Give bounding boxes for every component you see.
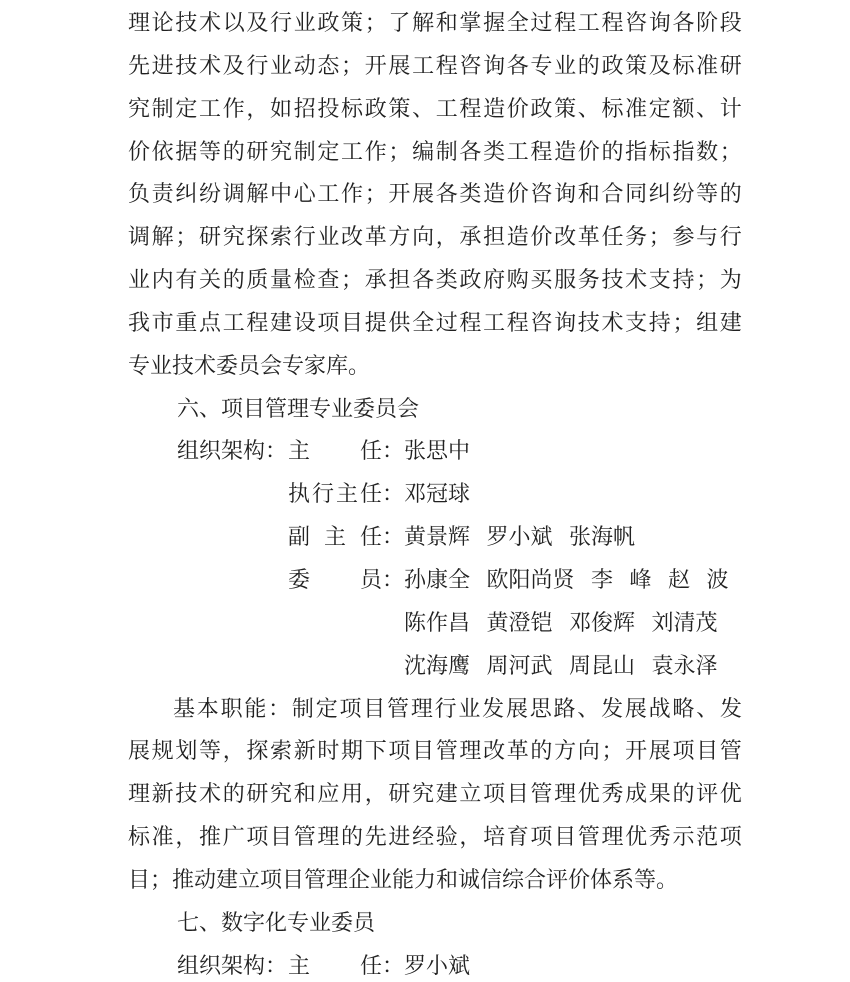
character: 态 <box>317 45 339 88</box>
character: 业 <box>294 2 316 45</box>
character: 战 <box>649 688 671 731</box>
character: 阶 <box>696 2 718 45</box>
character: 指 <box>625 131 647 174</box>
character: 购 <box>507 259 529 302</box>
roster-names: 罗小斌 <box>404 945 470 982</box>
character: 策 <box>341 2 363 45</box>
character: 支 <box>625 302 647 345</box>
character: 标 <box>649 131 671 174</box>
character: 革 <box>507 730 529 773</box>
character: 组 <box>696 302 718 345</box>
character: 同 <box>625 173 647 216</box>
character: 程 <box>246 302 268 345</box>
character: 广 <box>223 816 245 859</box>
character: 研 <box>246 773 268 816</box>
character: 究 <box>270 773 292 816</box>
character: 价 <box>128 131 150 174</box>
character: 各 <box>507 45 529 88</box>
character: 术 <box>199 45 221 88</box>
character: 任 <box>601 216 623 259</box>
character: 管 <box>387 688 409 731</box>
character: 行 <box>294 216 316 259</box>
character: ； <box>720 131 742 174</box>
character: 优 <box>625 816 647 859</box>
character: 工 <box>341 131 363 174</box>
character: 为 <box>720 259 742 302</box>
roster-line: 副主任：黄景辉 罗小斌 张海帆 <box>128 516 742 559</box>
roster-label: 组织架构： <box>128 945 288 982</box>
character: ； <box>696 259 718 302</box>
character: 副 <box>288 516 310 559</box>
roster-names: 张思中 <box>404 430 470 473</box>
character: 程 <box>436 45 458 88</box>
character: 行 <box>246 45 268 88</box>
character: 向 <box>412 216 434 259</box>
character: 的 <box>341 816 363 859</box>
character: 准 <box>152 816 174 859</box>
roster-role: 委员 <box>288 559 382 602</box>
character: 理 <box>411 688 433 731</box>
character: 业 <box>270 45 292 88</box>
roster-names: 邓冠球 <box>404 473 470 516</box>
character: 发 <box>720 688 742 731</box>
character: 建 <box>720 302 742 345</box>
character: 程 <box>459 88 481 131</box>
roster-line: 执行主任：邓冠球 <box>128 473 742 516</box>
character: 究 <box>412 773 434 816</box>
body-line-justified: 我市重点工程建设项目提供全过程工程咨询技术支持；组建 <box>128 302 742 345</box>
character: 招 <box>294 88 316 131</box>
character: 的 <box>672 773 694 816</box>
character: 责 <box>152 173 174 216</box>
character: 展 <box>506 688 528 731</box>
character: 目 <box>696 730 718 773</box>
character: 优 <box>578 773 600 816</box>
character: 理 <box>554 773 576 816</box>
character: 技 <box>175 45 197 88</box>
character: 及 <box>223 45 245 88</box>
character: 造 <box>507 216 529 259</box>
character: 过 <box>436 302 458 345</box>
character: 研 <box>388 773 410 816</box>
character: 咨 <box>530 302 552 345</box>
character: 心 <box>294 173 316 216</box>
character: 目 <box>341 302 363 345</box>
character: 重 <box>175 302 197 345</box>
body-line: 目；推动建立项目管理企业能力和诚信综合评价体系等。 <box>128 859 742 902</box>
character: 行 <box>270 2 292 45</box>
character: 与 <box>696 216 718 259</box>
character: 下 <box>365 730 387 773</box>
character: 造 <box>483 173 505 216</box>
character: 量 <box>270 259 292 302</box>
character: 开 <box>388 173 410 216</box>
character: 时 <box>317 730 339 773</box>
character: 额 <box>672 88 694 131</box>
character: 各 <box>436 173 458 216</box>
section-heading: 六、项目管理专业委员会 <box>128 388 742 431</box>
character: 验 <box>436 816 458 859</box>
character: 管 <box>578 816 600 859</box>
character: 制 <box>292 688 314 731</box>
character: 工 <box>578 2 600 45</box>
character: 职 <box>221 688 243 731</box>
character: 策 <box>554 88 576 131</box>
character: 府 <box>483 259 505 302</box>
character: 开 <box>365 45 387 88</box>
character: ， <box>459 816 481 859</box>
character: 掌 <box>459 2 481 45</box>
character: 准 <box>696 45 718 88</box>
character: 究 <box>128 88 150 131</box>
character: ； <box>341 45 363 88</box>
character: 解 <box>412 2 434 45</box>
character: 担 <box>388 259 410 302</box>
body-line-justified: 理新技术的研究和应用，研究建立项目管理优秀成果的评优 <box>128 773 742 816</box>
character: 承 <box>459 216 481 259</box>
document-body: 理论技术以及行业政策；了解和掌握全过程工程咨询各阶段先进技术及行业动态；开展工程… <box>128 2 742 982</box>
character: 业 <box>128 259 150 302</box>
character: 计 <box>720 88 742 131</box>
character: 各 <box>412 259 434 302</box>
character: 用 <box>341 773 363 816</box>
character: 建 <box>270 302 292 345</box>
character: ； <box>175 216 197 259</box>
character: 务 <box>578 259 600 302</box>
character: 展 <box>388 45 410 88</box>
character: 先 <box>365 816 387 859</box>
character: 展 <box>649 730 671 773</box>
character: 工 <box>223 302 245 345</box>
character: 改 <box>554 216 576 259</box>
character: 等 <box>199 730 221 773</box>
character: 纠 <box>649 173 671 216</box>
character: 咨 <box>530 173 552 216</box>
body-line-justified: 展规划等，探索新时期下项目管理改革的方向；开展项目管 <box>128 730 742 773</box>
character: 承 <box>365 259 387 302</box>
character: 目 <box>507 773 529 816</box>
character: ； <box>365 2 387 45</box>
character: 质 <box>246 259 268 302</box>
roster-names: 孙康全 欧阳尚贤 李 峰 赵 波 <box>404 559 729 602</box>
character: 项 <box>483 773 505 816</box>
character: 工 <box>317 173 339 216</box>
character: 委 <box>288 559 310 602</box>
roster-role: 执行主任 <box>288 473 382 516</box>
character: ； <box>365 173 387 216</box>
character: 政 <box>601 45 623 88</box>
character: 论 <box>152 2 174 45</box>
character: 索 <box>270 216 292 259</box>
character: 和 <box>294 773 316 816</box>
character: 主 <box>288 430 310 473</box>
character: 培 <box>483 816 505 859</box>
character: ； <box>672 302 694 345</box>
character: 理 <box>317 816 339 859</box>
character: 等 <box>199 131 221 174</box>
character: 参 <box>672 216 694 259</box>
character: 研 <box>246 131 268 174</box>
character: 询 <box>554 173 576 216</box>
character: 育 <box>507 816 529 859</box>
character: 目 <box>412 730 434 773</box>
character: 发 <box>601 688 623 731</box>
character: 程 <box>601 2 623 45</box>
character: 基 <box>173 688 195 731</box>
character: 政 <box>365 88 387 131</box>
character: 检 <box>294 259 316 302</box>
character: ， <box>365 773 387 816</box>
roster-label: 组织架构： <box>128 430 288 473</box>
character: 优 <box>720 773 742 816</box>
character: 类 <box>483 131 505 174</box>
character: 项 <box>317 302 339 345</box>
body-line-justified: 负责纠纷调解中心工作；开展各类造价咨询和合同纠纷等的 <box>128 173 742 216</box>
character: 策 <box>388 88 410 131</box>
character: 理 <box>128 773 150 816</box>
character: 设 <box>294 302 316 345</box>
character: 造 <box>483 88 505 131</box>
character: 政 <box>317 2 339 45</box>
character: 进 <box>152 45 174 88</box>
character: 划 <box>175 730 197 773</box>
character: 理 <box>601 816 623 859</box>
character: 技 <box>175 773 197 816</box>
character: 纷 <box>199 173 221 216</box>
character: 标 <box>128 816 150 859</box>
character: 制 <box>294 131 316 174</box>
roster-role: 副主任 <box>288 516 382 559</box>
body-line-justified: 理论技术以及行业政策；了解和掌握全过程工程咨询各阶段 <box>128 2 742 45</box>
character: 及 <box>649 45 671 88</box>
character: 研 <box>720 45 742 88</box>
character: 点 <box>199 302 221 345</box>
character: 改 <box>483 730 505 773</box>
character: 供 <box>388 302 410 345</box>
character: 作 <box>223 88 245 131</box>
character: 新 <box>152 773 174 816</box>
character: 、 <box>578 88 600 131</box>
roster-colon: ： <box>382 559 404 602</box>
character: 投 <box>317 88 339 131</box>
character: 目 <box>554 816 576 859</box>
character: 执 <box>288 473 310 516</box>
body-line-justified: 究制定工作，如招投标政策、工程造价政策、标准定额、计 <box>128 88 742 131</box>
character: 管 <box>294 816 316 859</box>
roster-colon: ： <box>382 516 404 559</box>
character: 以 <box>223 2 245 45</box>
character: 询 <box>554 302 576 345</box>
names-continuation-line: 沈海鹰 周河武 周昆山 袁永泽 <box>128 645 742 688</box>
character: 查 <box>317 259 339 302</box>
character: 调 <box>128 216 150 259</box>
roster-role: 主任 <box>288 430 382 473</box>
roster-colon: ： <box>382 473 404 516</box>
character: 买 <box>530 259 552 302</box>
character: 主 <box>288 945 310 982</box>
character: 解 <box>246 173 268 216</box>
character: 动 <box>294 45 316 88</box>
character: 技 <box>601 259 623 302</box>
character: 程 <box>507 302 529 345</box>
character: 造 <box>554 131 576 174</box>
body-line-justified: 先进技术及行业动态；开展工程咨询各专业的政策及标准研 <box>128 45 742 88</box>
character: 询 <box>649 2 671 45</box>
character: 关 <box>199 259 221 302</box>
character: 主 <box>324 516 346 559</box>
section-heading: 七、数字化专业委员 <box>128 902 742 945</box>
character: 发 <box>482 688 504 731</box>
roster-role: 主任 <box>288 945 382 982</box>
character: 技 <box>578 302 600 345</box>
character: 革 <box>365 216 387 259</box>
character: 业 <box>458 688 480 731</box>
character: 方 <box>554 730 576 773</box>
character: 标 <box>341 88 363 131</box>
character: 任 <box>360 473 382 516</box>
character: 纷 <box>672 173 694 216</box>
character: 行 <box>312 473 334 516</box>
character: 术 <box>601 302 623 345</box>
character: 究 <box>270 131 292 174</box>
character: 全 <box>507 2 529 45</box>
character: 的 <box>720 173 742 216</box>
character: 期 <box>341 730 363 773</box>
character: 及 <box>246 2 268 45</box>
character: 程 <box>554 2 576 45</box>
character: 项 <box>339 688 361 731</box>
character: 理 <box>459 730 481 773</box>
body-line-justified: 调解；研究探索行业改革方向，承担造价改革任务；参与行 <box>128 216 742 259</box>
character: 调 <box>223 173 245 216</box>
character: 准 <box>625 88 647 131</box>
character: 、 <box>696 688 718 731</box>
character: 依 <box>152 131 174 174</box>
character: 任 <box>360 945 382 982</box>
character: 主 <box>336 473 358 516</box>
character: 持 <box>649 302 671 345</box>
character: 秀 <box>649 816 671 859</box>
character: 支 <box>649 259 671 302</box>
character: 业 <box>554 45 576 88</box>
character: 程 <box>530 131 552 174</box>
character: 应 <box>317 773 339 816</box>
character: 全 <box>412 302 434 345</box>
character: 的 <box>601 131 623 174</box>
character: 制 <box>436 131 458 174</box>
character: 工 <box>436 88 458 131</box>
character: 评 <box>696 773 718 816</box>
character: 工 <box>483 302 505 345</box>
character: ； <box>649 216 671 259</box>
character: 、 <box>412 88 434 131</box>
character: 价 <box>507 88 529 131</box>
roster-colon: ： <box>382 430 404 473</box>
body-line-justified: 价依据等的研究制定工作；编制各类工程造价的指标指数； <box>128 131 742 174</box>
character: 目 <box>270 816 292 859</box>
character: 各 <box>672 2 694 45</box>
character: 政 <box>530 88 552 131</box>
character: 询 <box>483 45 505 88</box>
character: 任 <box>360 430 382 473</box>
character: 段 <box>720 2 742 45</box>
character: 制 <box>152 88 174 131</box>
character: ； <box>341 259 363 302</box>
character: 等 <box>696 173 718 216</box>
character: 的 <box>223 259 245 302</box>
character: 程 <box>459 302 481 345</box>
character: 过 <box>530 2 552 45</box>
character: 管 <box>530 773 552 816</box>
character: 指 <box>672 131 694 174</box>
roster-names: 黄景辉 罗小斌 张海帆 <box>404 516 635 559</box>
character: 展 <box>625 688 647 731</box>
character: 咨 <box>459 45 481 88</box>
character: 解 <box>152 216 174 259</box>
character: 、 <box>577 688 599 731</box>
character: 的 <box>223 131 245 174</box>
character: 握 <box>483 2 505 45</box>
character: 项 <box>672 730 694 773</box>
character: 探 <box>246 216 268 259</box>
character: 的 <box>223 773 245 816</box>
character: 管 <box>720 730 742 773</box>
character: 本 <box>197 688 219 731</box>
body-line-justified: 基本职能：制定项目管理行业发展思路、发展战略、发 <box>128 688 742 731</box>
character: ： <box>268 688 290 731</box>
character: 工 <box>199 88 221 131</box>
character: 行 <box>435 688 457 731</box>
character: 业 <box>317 216 339 259</box>
character: 目 <box>363 688 385 731</box>
character: 管 <box>436 730 458 773</box>
character: 秀 <box>601 773 623 816</box>
character: 项 <box>530 816 552 859</box>
roster-line: 组织架构：主任：张思中 <box>128 430 742 473</box>
character: 改 <box>341 216 363 259</box>
body-line-justified: 业内有关的质量检查；承担各类政府购买服务技术支持；为 <box>128 259 742 302</box>
character: 据 <box>175 131 197 174</box>
character: 和 <box>436 2 458 45</box>
character: 定 <box>649 88 671 131</box>
character: 如 <box>270 88 292 131</box>
character: 中 <box>270 173 292 216</box>
character: 专 <box>530 45 552 88</box>
character: 价 <box>578 131 600 174</box>
character: 提 <box>365 302 387 345</box>
character: 作 <box>365 131 387 174</box>
character: 担 <box>483 216 505 259</box>
character: 开 <box>625 730 647 773</box>
character: 持 <box>672 259 694 302</box>
character: ； <box>601 730 623 773</box>
character: 方 <box>388 216 410 259</box>
character: 术 <box>199 2 221 45</box>
character: 革 <box>578 216 600 259</box>
character: 负 <box>128 173 150 216</box>
character: 规 <box>152 730 174 773</box>
document-page: 理论技术以及行业政策；了解和掌握全过程工程咨询各阶段先进技术及行业动态；开展工程… <box>0 0 850 982</box>
character: 项 <box>720 816 742 859</box>
character: 任 <box>360 516 382 559</box>
character: 行 <box>720 216 742 259</box>
character: 服 <box>554 259 576 302</box>
character: 政 <box>459 259 481 302</box>
character: 新 <box>294 730 316 773</box>
character: 合 <box>601 173 623 216</box>
character: 务 <box>625 216 647 259</box>
character: 项 <box>388 730 410 773</box>
